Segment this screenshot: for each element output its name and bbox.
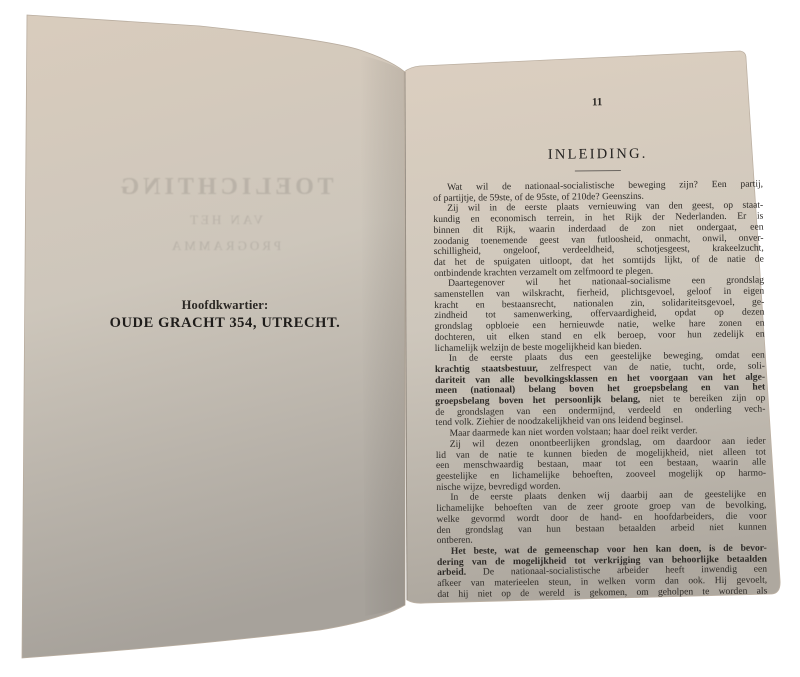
show-through-line: PROGRAMMA: [60, 238, 390, 254]
open-booklet-photo: TOELICHTING VAN HET PROGRAMMA Hoofdkwart…: [0, 0, 800, 677]
headquarters-label: Hoofdkwartier:: [60, 298, 390, 313]
show-through-line: VAN HET: [60, 212, 390, 228]
show-through-title: TOELICHTING: [60, 174, 390, 201]
show-through-footer: [60, 490, 390, 500]
chapter-title: INLEIDING.: [433, 145, 763, 165]
title-divider: [575, 170, 621, 171]
headquarters-address: OUDE GRACHT 354, UTRECHT.: [60, 315, 390, 332]
page-number: 11: [432, 95, 762, 110]
right-page: 11 INLEIDING. Wat wil de nationaal-socia…: [432, 85, 767, 601]
body-text: Wat wil de nationaal-socialistische bewe…: [433, 180, 767, 601]
